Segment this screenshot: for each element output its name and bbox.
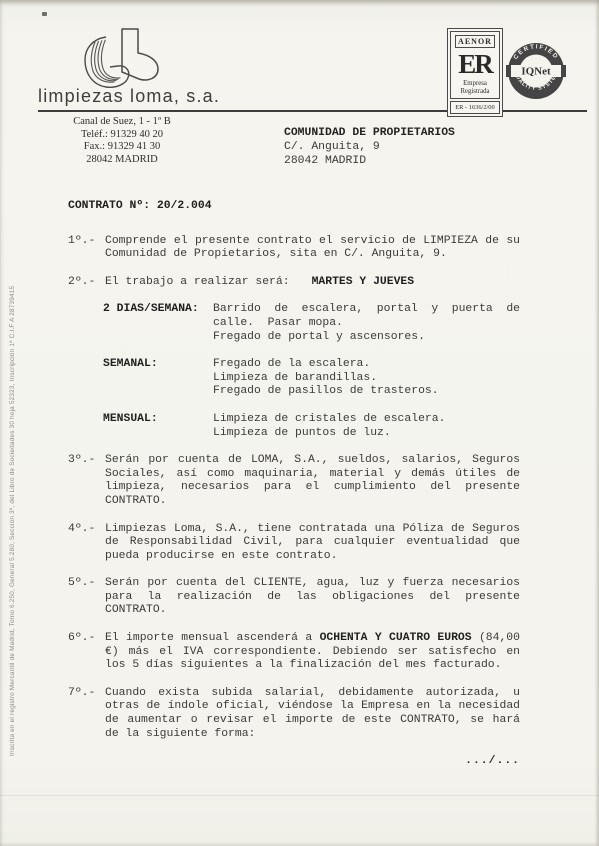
pen-mark: [42, 12, 47, 16]
clause-2-intro: El trabajo a realizar será:: [105, 276, 290, 288]
registry-note: Inscrita en el registro Mercantil de Mad…: [9, 286, 16, 756]
company-logo: [70, 26, 170, 92]
clause-6-number: 6º.-: [68, 632, 105, 673]
clause-3-text: Serán por cuenta de LOMA, S.A., sueldos,…: [105, 454, 520, 508]
clause-2-number: 2º.-: [68, 276, 105, 290]
clause-2: 2º.- El trabajo a realizar será:MARTES Y…: [68, 276, 520, 290]
clause-7: 7º.- Cuando exista subida salarial, debi…: [68, 687, 520, 741]
clause-4-number: 4º.-: [68, 523, 105, 564]
iqnet-seal-icon: CERTIFIED QUALITY SYSTEM IQNet: [506, 41, 566, 101]
iqnet-wordmark: IQNet: [521, 66, 551, 78]
clause-3: 3º.- Serán por cuenta de LOMA, S.A., sue…: [68, 454, 520, 508]
clause-5: 5º.- Serán por cuenta del CLIENTE, agua,…: [68, 577, 520, 618]
cleaning-schedule: 2 DIAS/SEMANA: Barrido de escalera, port…: [103, 303, 520, 440]
aenor-label: AENOR: [455, 35, 495, 48]
clause-5-text: Serán por cuenta del CLIENTE, agua, luz …: [105, 577, 520, 618]
schedule-row-2dias: 2 DIAS/SEMANA: Barrido de escalera, port…: [103, 303, 520, 344]
continuation-mark: .../...: [68, 755, 520, 769]
contract-body: CONTRATO Nº: 20/2.004 1º.- Comprende el …: [68, 200, 520, 769]
clause-6-text: El importe mensual ascenderá a OCHENTA Y…: [105, 632, 520, 673]
company-name: limpiezas loma, s.a.: [38, 86, 220, 107]
aenor-badge: AENOR ER Empresa Registrada ER - 1636/2/…: [447, 28, 503, 117]
clause-6-amount: OCHENTA Y CUATRO EUROS: [320, 632, 472, 644]
recipient-block: COMUNIDAD DE PROPIETARIOS C/. Anguita, 9…: [284, 126, 455, 169]
clause-1-text: Comprende el presente contrato el servic…: [105, 235, 520, 262]
clause-6-pre: El importe mensual ascenderá a: [105, 632, 320, 644]
company-address: Canal de Suez, 1 - 1º B Teléf.: 91329 40…: [52, 116, 192, 166]
schedule-label-semanal: SEMANAL:: [103, 358, 213, 399]
schedule-row-mensual: MENSUAL: Limpieza de cristales de escale…: [103, 413, 520, 440]
aenor-registration-code: ER - 1636/2/00: [450, 101, 500, 114]
iqnet-badge: CERTIFIED QUALITY SYSTEM IQNet: [506, 41, 566, 101]
schedule-label-2dias: 2 DIAS/SEMANA:: [103, 303, 213, 344]
recipient-name: COMUNIDAD DE PROPIETARIOS: [284, 126, 455, 140]
aenor-badge-inner: AENOR ER Empresa Registrada: [450, 31, 500, 99]
clause-6: 6º.- El importe mensual ascenderá a OCHE…: [68, 632, 520, 673]
clause-7-number: 7º.-: [68, 687, 105, 741]
schedule-tasks-2dias: Barrido de escalera, portal y puerta de …: [213, 303, 520, 344]
clause-2-text: El trabajo a realizar será:MARTES Y JUEV…: [105, 276, 520, 290]
clause-4: 4º.- Limpiezas Loma, S.A., tiene contrat…: [68, 523, 520, 564]
contract-number: CONTRATO Nº: 20/2.004: [68, 200, 520, 214]
clause-3-number: 3º.-: [68, 454, 105, 508]
recipient-street: C/. Anguita, 9: [284, 140, 455, 154]
recipient-city: 28042 MADRID: [284, 154, 455, 168]
clause-1: 1º.- Comprende el presente contrato el s…: [68, 235, 520, 262]
clause-2-schedule-days: MARTES Y JUEVES: [312, 276, 415, 288]
clause-1-number: 1º.-: [68, 235, 105, 262]
schedule-tasks-semanal: Fregado de la escalera. Limpieza de bara…: [213, 358, 520, 399]
schedule-label-mensual: MENSUAL:: [103, 413, 213, 440]
clause-4-text: Limpiezas Loma, S.A., tiene contratada u…: [105, 523, 520, 564]
clause-5-number: 5º.-: [68, 577, 105, 618]
limpiezas-loma-logo-icon: [70, 26, 170, 92]
schedule-row-semanal: SEMANAL: Fregado de la escalera. Limpiez…: [103, 358, 520, 399]
schedule-tasks-mensual: Limpieza de cristales de escalera. Limpi…: [213, 413, 520, 440]
clause-7-text: Cuando exista subida salarial, debidamen…: [105, 687, 520, 741]
header-divider: [38, 110, 587, 112]
aenor-er-mark-icon: ER: [452, 49, 498, 79]
aenor-caption: Empresa Registrada: [452, 80, 498, 95]
scanned-contract-page: limpiezas loma, s.a. Canal de Suez, 1 - …: [0, 0, 599, 846]
scan-artifact-line: [0, 795, 599, 796]
